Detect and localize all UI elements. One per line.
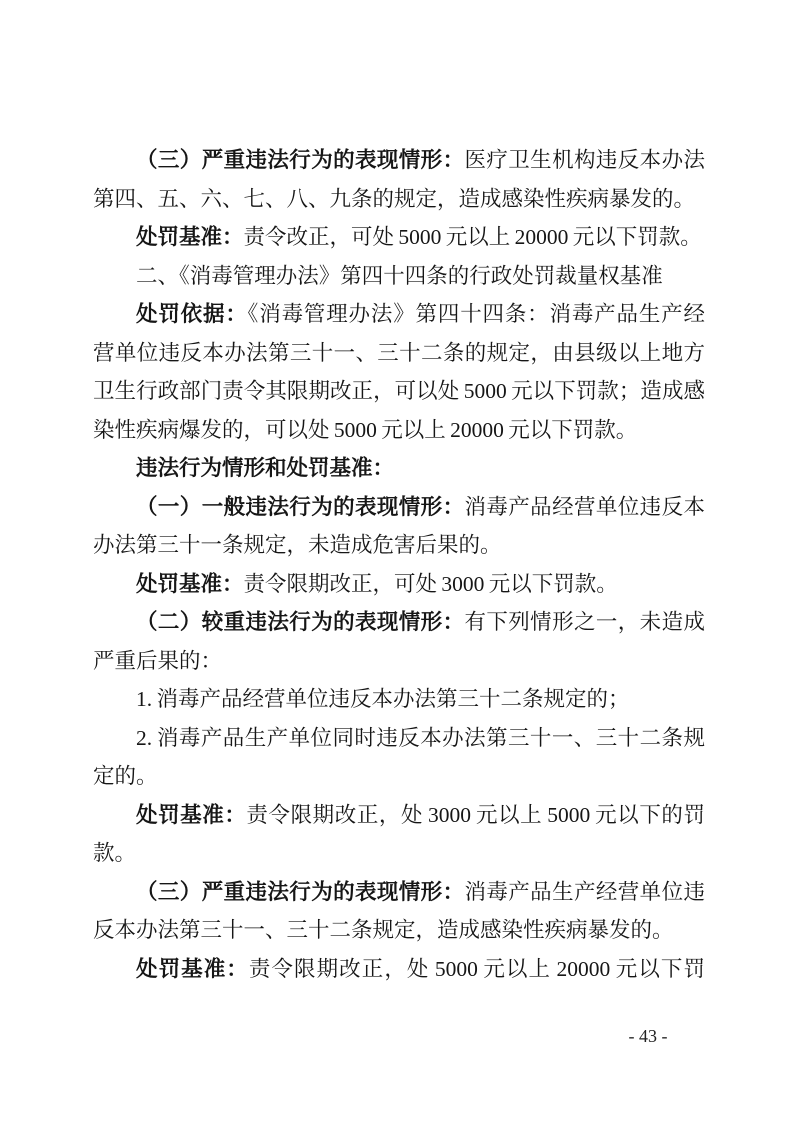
paragraph: 处罚基准：责令限期改正，处 5000 元以上 20000 元以下罚 bbox=[93, 950, 705, 989]
text-segment-bold: 处罚基准： bbox=[136, 803, 246, 827]
paragraph: （二）较重违法行为的表现情形：有下列情形之一，未造成严重后果的： bbox=[93, 603, 705, 680]
paragraph: 违法行为情形和处罚基准： bbox=[93, 449, 705, 488]
text-segment-bold: 违法行为情形和处罚基准： bbox=[136, 456, 394, 480]
text-segment-bold: 处罚基准： bbox=[136, 957, 249, 981]
paragraph: 处罚基准：责令限期改正，可处 3000 元以下罚款。 bbox=[93, 565, 705, 604]
text-segment: 责令限期改正，处 5000 元以上 20000 元以下罚 bbox=[249, 957, 705, 981]
page-number: - 43 - bbox=[600, 1024, 696, 1048]
text-segment-bold: 处罚依据： bbox=[136, 302, 248, 326]
paragraph: 处罚基准：责令限期改正，处 3000 元以上 5000 元以下的罚款。 bbox=[93, 796, 705, 873]
paragraph: 二、《消毒管理办法》第四十四条的行政处罚裁量权基准 bbox=[93, 257, 705, 296]
paragraph: 处罚依据：《消毒管理办法》第四十四条：消毒产品生产经营单位违反本办法第三十一、三… bbox=[93, 295, 705, 449]
paragraph: （三）严重违法行为的表现情形：医疗卫生机构违反本办法第四、五、六、七、八、九条的… bbox=[93, 141, 705, 218]
text-segment: 1. 消毒产品经营单位违反本办法第三十二条规定的； bbox=[136, 687, 630, 711]
paragraph: 1. 消毒产品经营单位违反本办法第三十二条规定的； bbox=[93, 680, 705, 719]
text-segment-bold: （二）较重违法行为的表现情形： bbox=[136, 610, 464, 634]
text-segment-bold: 处罚基准： bbox=[136, 572, 244, 596]
text-segment: 责令改正，可处 5000 元以上 20000 元以下罚款。 bbox=[244, 225, 702, 249]
text-segment-bold: （三）严重违法行为的表现情形： bbox=[136, 148, 464, 172]
text-segment: 2. 消毒产品生产单位同时违反本办法第三十一、三十二条规定的。 bbox=[93, 726, 705, 789]
document-body: （三）严重违法行为的表现情形：医疗卫生机构违反本办法第四、五、六、七、八、九条的… bbox=[93, 141, 705, 988]
text-segment: 二、《消毒管理办法》第四十四条的行政处罚裁量权基准 bbox=[136, 264, 663, 288]
document-page: （三）严重违法行为的表现情形：医疗卫生机构违反本办法第四、五、六、七、八、九条的… bbox=[0, 0, 794, 1122]
paragraph: （一）一般违法行为的表现情形：消毒产品经营单位违反本办法第三十一条规定，未造成危… bbox=[93, 488, 705, 565]
text-segment-bold: （一）一般违法行为的表现情形： bbox=[136, 495, 464, 519]
text-segment: 责令限期改正，可处 3000 元以下罚款。 bbox=[244, 572, 618, 596]
text-segment-bold: （三）严重违法行为的表现情形： bbox=[136, 880, 464, 904]
paragraph: 2. 消毒产品生产单位同时违反本办法第三十一、三十二条规定的。 bbox=[93, 719, 705, 796]
paragraph: （三）严重违法行为的表现情形：消毒产品生产经营单位违反本办法第三十一、三十二条规… bbox=[93, 873, 705, 950]
text-segment-bold: 处罚基准： bbox=[136, 225, 244, 249]
paragraph: 处罚基准：责令改正，可处 5000 元以上 20000 元以下罚款。 bbox=[93, 218, 705, 257]
